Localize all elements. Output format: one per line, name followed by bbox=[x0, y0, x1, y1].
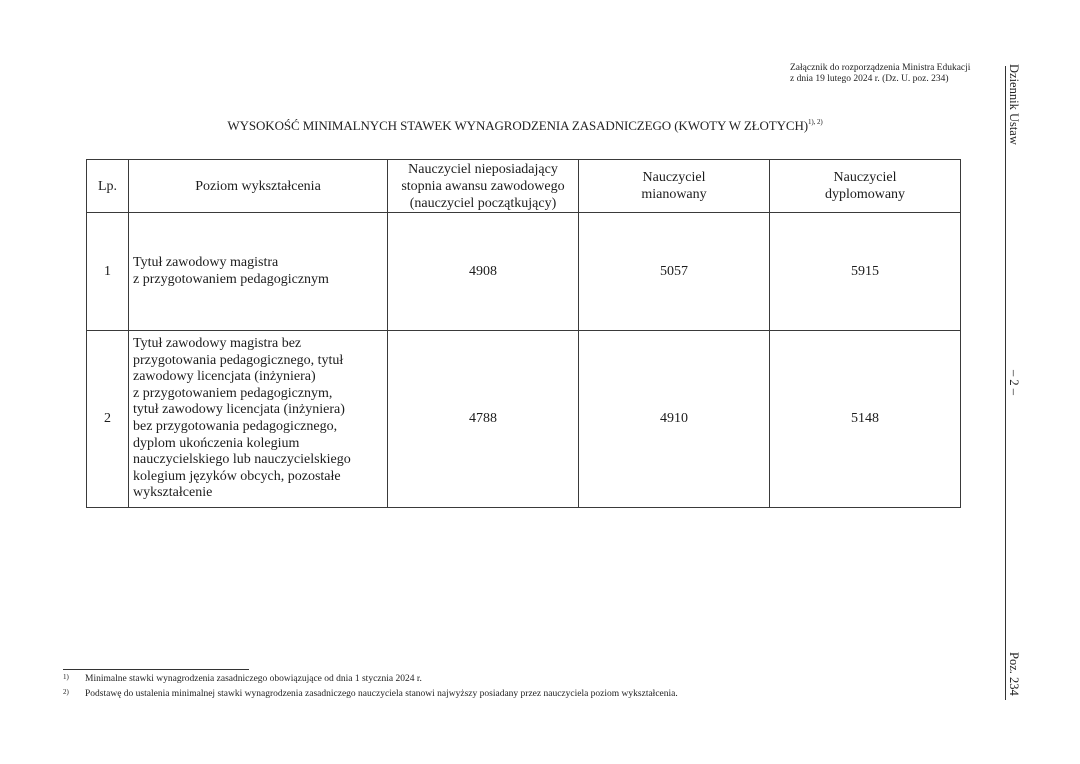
table-row: 1 Tytuł zawodowy magistra z przygotowani… bbox=[87, 213, 961, 331]
header-appointed-teacher: Nauczyciel mianowany bbox=[579, 160, 770, 213]
title-footnote-refs: 1), 2) bbox=[808, 118, 823, 126]
row-appointed-salary: 5057 bbox=[579, 213, 770, 331]
table-header-row: Lp. Poziom wykształcenia Nauczyciel niep… bbox=[87, 160, 961, 213]
footnote-mark: 2) bbox=[63, 688, 85, 696]
row-beginner-salary: 4788 bbox=[388, 331, 579, 508]
footnote-mark: 1) bbox=[63, 673, 85, 681]
annex-reference: Załącznik do rozporządzenia Ministra Edu… bbox=[790, 63, 970, 85]
header-certified-teacher: Nauczyciel dyplomowany bbox=[770, 160, 961, 213]
footnote-text: Podstawę do ustalenia minimalnej stawki … bbox=[85, 689, 678, 699]
salary-table: Lp. Poziom wykształcenia Nauczyciel niep… bbox=[86, 159, 961, 508]
header-lp: Lp. bbox=[87, 160, 129, 213]
title-text: WYSOKOŚĆ MINIMALNYCH STAWEK WYNAGRODZENI… bbox=[227, 118, 808, 133]
document-title: WYSOKOŚĆ MINIMALNYCH STAWEK WYNAGRODZENI… bbox=[0, 118, 1050, 134]
row-certified-salary: 5148 bbox=[770, 331, 961, 508]
header-education-level: Poziom wykształcenia bbox=[129, 160, 388, 213]
header-beginner-teacher: Nauczyciel nieposiadający stopnia awansu… bbox=[388, 160, 579, 213]
row-beginner-salary: 4908 bbox=[388, 213, 579, 331]
row-lp: 2 bbox=[87, 331, 129, 508]
footnote-separator bbox=[63, 669, 249, 670]
footnote-2: 2)Podstawę do ustalenia minimalnej stawk… bbox=[63, 688, 678, 699]
annex-line-2: z dnia 19 lutego 2024 r. (Dz. U. poz. 23… bbox=[790, 74, 970, 85]
table-row: 2 Tytuł zawodowy magistra bez przygotowa… bbox=[87, 331, 961, 508]
row-education-level: Tytuł zawodowy magistra bez przygotowani… bbox=[129, 331, 388, 508]
row-education-level: Tytuł zawodowy magistra z przygotowaniem… bbox=[129, 213, 388, 331]
row-appointed-salary: 4910 bbox=[579, 331, 770, 508]
page-number: – 2 – bbox=[1006, 370, 1021, 395]
footnote-1: 1)Minimalne stawki wynagrodzenia zasadni… bbox=[63, 673, 422, 684]
annex-line-1: Załącznik do rozporządzenia Ministra Edu… bbox=[790, 63, 970, 74]
row-certified-salary: 5915 bbox=[770, 213, 961, 331]
row-lp: 1 bbox=[87, 213, 129, 331]
position-number: Poz. 234 bbox=[1006, 652, 1021, 696]
footnote-text: Minimalne stawki wynagrodzenia zasadnicz… bbox=[85, 674, 422, 684]
journal-name: Dziennik Ustaw bbox=[1006, 64, 1021, 145]
